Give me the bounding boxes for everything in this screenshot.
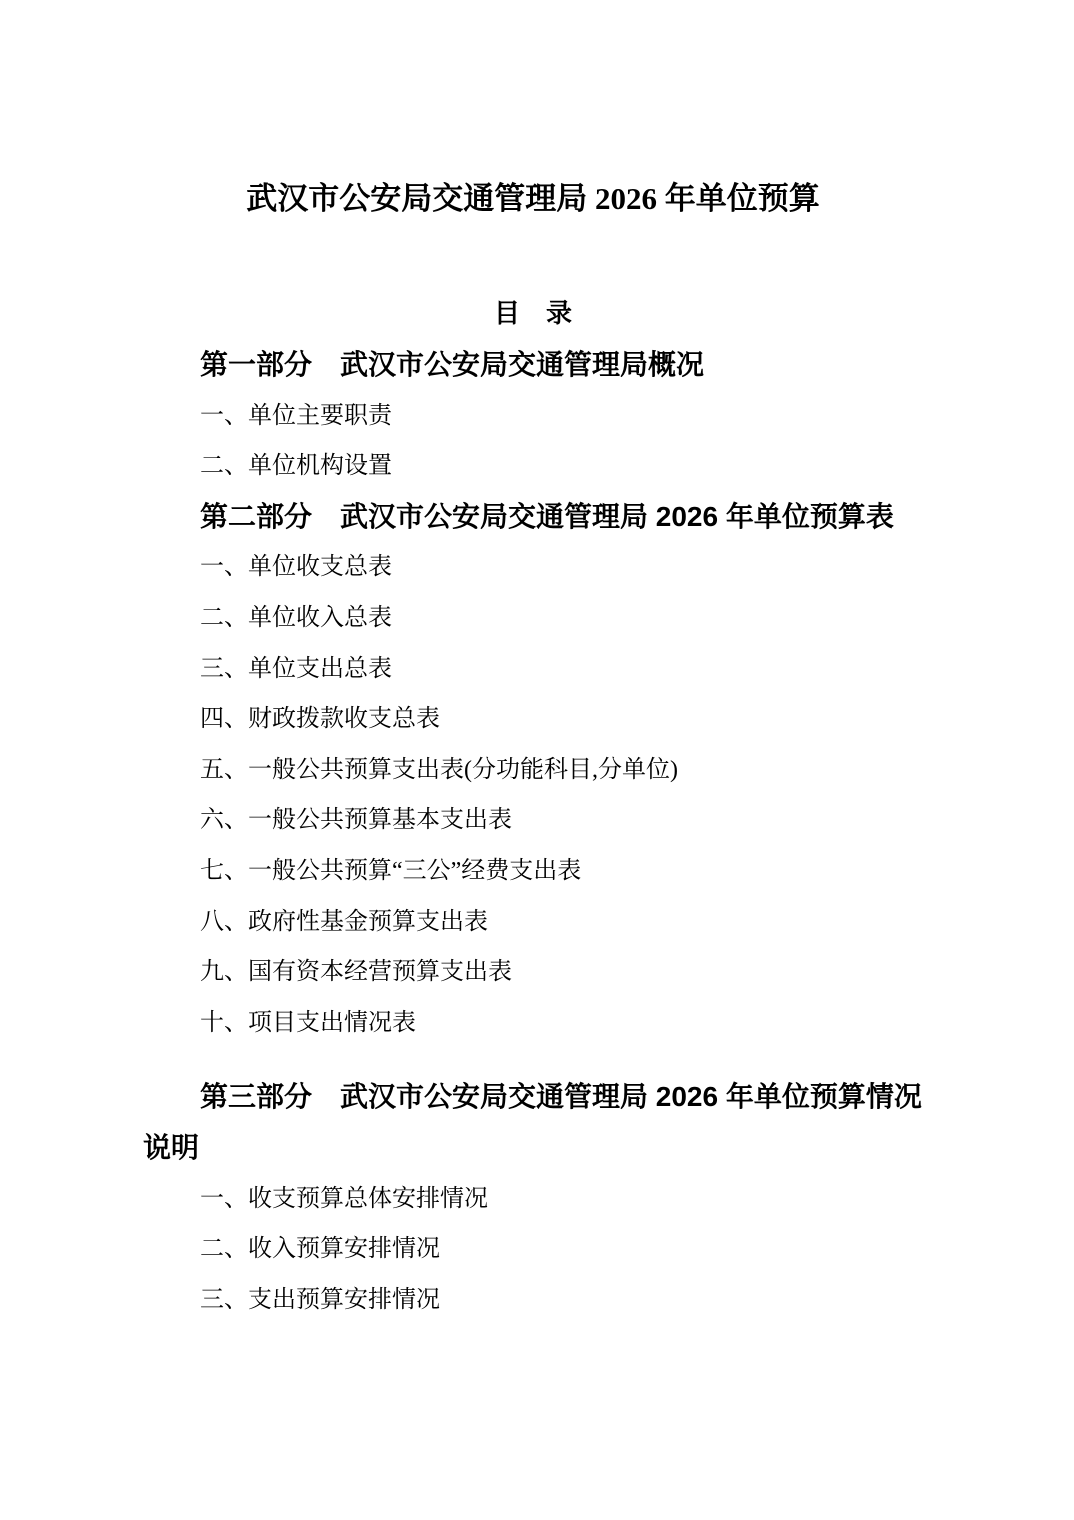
- toc-item: 四、财政拨款收支总表: [143, 694, 923, 745]
- toc-item: 六、一般公共预算基本支出表: [143, 795, 923, 846]
- toc-item: 九、国有资本经营预算支出表: [143, 947, 923, 998]
- section-heading-3: 第三部分 武汉市公安局交通管理局 2026 年单位预算情况说明: [143, 1072, 923, 1173]
- section-heading-1: 第一部分 武汉市公安局交通管理局概况: [143, 340, 923, 391]
- toc-item: 一、单位收支总表: [143, 542, 923, 593]
- toc-item: 十、项目支出情况表: [143, 998, 923, 1049]
- document-page: 武汉市公安局交通管理局 2026 年单位预算 目 录 第一部分 武汉市公安局交通…: [0, 0, 1074, 1520]
- toc-item: 一、收支预算总体安排情况: [143, 1174, 923, 1225]
- toc-item: 八、政府性基金预算支出表: [143, 897, 923, 948]
- toc-body: 第一部分 武汉市公安局交通管理局概况一、单位主要职责二、单位机构设置第二部分 武…: [143, 340, 923, 1325]
- toc-heading: 目 录: [143, 298, 923, 328]
- toc-item: 三、单位支出总表: [143, 644, 923, 695]
- toc-item: 五、一般公共预算支出表(分功能科目,分单位): [143, 745, 923, 796]
- toc-item: 七、一般公共预算“三公”经费支出表: [143, 846, 923, 897]
- toc-item: 一、单位主要职责: [143, 391, 923, 442]
- toc-item: 二、单位收入总表: [143, 593, 923, 644]
- section-heading-2: 第二部分 武汉市公安局交通管理局 2026 年单位预算表: [143, 492, 923, 543]
- document-title: 武汉市公安局交通管理局 2026 年单位预算: [143, 181, 923, 217]
- toc-item: 二、单位机构设置: [143, 441, 923, 492]
- toc-item: 三、支出预算安排情况: [143, 1275, 923, 1326]
- toc-item: 二、收入预算安排情况: [143, 1224, 923, 1275]
